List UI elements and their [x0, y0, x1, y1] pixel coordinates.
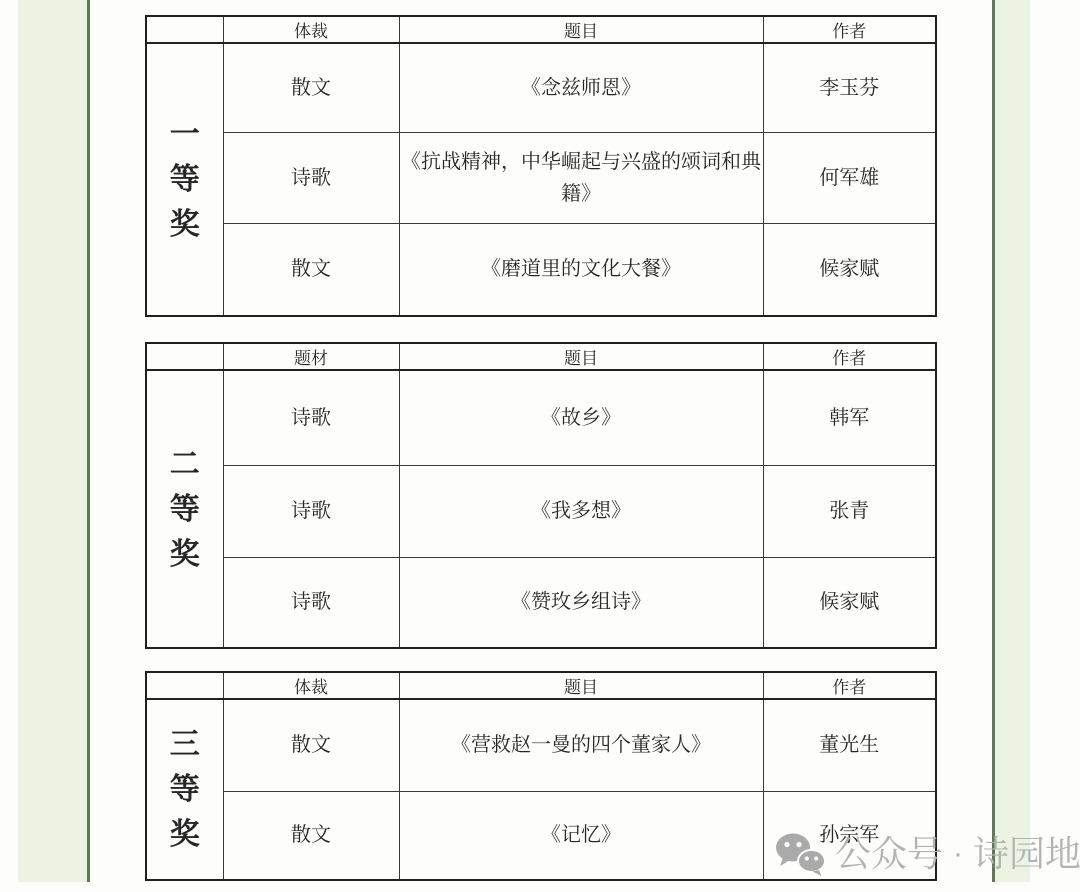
header-corner-cell: [146, 672, 223, 699]
header-corner-cell: [146, 16, 223, 43]
column-header: 体裁: [223, 672, 399, 699]
column-header: 体裁: [223, 16, 399, 43]
table-row: 三等奖散文《营救赵一曼的四个董家人》董光生: [146, 699, 936, 791]
author-cell: 候家赋: [763, 557, 936, 648]
award-tables-area: 体裁题目作者一等奖散文《念兹师恩》李玉芬诗歌《抗战精神，中华崛起与兴盛的颂词和典…: [145, 15, 935, 881]
wechat-icon: [773, 831, 827, 877]
watermark-separator: ·: [953, 839, 963, 869]
prize-label: 三等奖: [169, 722, 201, 857]
header-row: 体裁题目作者: [146, 16, 936, 43]
author-cell: 张青: [763, 465, 936, 557]
genre-cell: 散文: [223, 791, 399, 880]
genre-cell: 诗歌: [223, 132, 399, 223]
table-row: 一等奖散文《念兹师恩》李玉芬: [146, 43, 936, 132]
award-table-2: 题材题目作者二等奖诗歌《故乡》韩军诗歌《我多想》张青诗歌《赞玫乡组诗》候家赋: [145, 342, 937, 649]
page-edge-strip-right: [992, 0, 1030, 882]
table-row: 诗歌《我多想》张青: [146, 465, 936, 557]
title-cell: 《故乡》: [399, 370, 763, 465]
genre-cell: 诗歌: [223, 557, 399, 648]
table-row: 二等奖诗歌《故乡》韩军: [146, 370, 936, 465]
title-cell: 《抗战精神，中华崛起与兴盛的颂词和典籍》: [399, 132, 763, 223]
prize-label: 一等奖: [169, 112, 201, 247]
prize-cell: 一等奖: [146, 43, 223, 316]
prize-label: 二等奖: [169, 442, 201, 577]
title-cell: 《营救赵一曼的四个董家人》: [399, 699, 763, 791]
table-row: 诗歌《抗战精神，中华崛起与兴盛的颂词和典籍》何军雄: [146, 132, 936, 223]
column-header: 题目: [399, 672, 763, 699]
table-row: 诗歌《赞玫乡组诗》候家赋: [146, 557, 936, 648]
prize-cell: 三等奖: [146, 699, 223, 880]
title-cell: 《磨道里的文化大餐》: [399, 223, 763, 316]
watermark: 公众号 · 诗园地: [773, 831, 1080, 877]
column-header: 作者: [763, 16, 936, 43]
watermark-account-label: 公众号: [835, 836, 943, 872]
genre-cell: 散文: [223, 699, 399, 791]
header-row: 题材题目作者: [146, 343, 936, 370]
genre-cell: 诗歌: [223, 465, 399, 557]
author-cell: 李玉芬: [763, 43, 936, 132]
column-header: 作者: [763, 343, 936, 370]
page-edge-strip-left: [18, 0, 90, 882]
column-header: 题材: [223, 343, 399, 370]
header-row: 体裁题目作者: [146, 672, 936, 699]
column-header: 题目: [399, 16, 763, 43]
title-cell: 《念兹师恩》: [399, 43, 763, 132]
column-header: 题目: [399, 343, 763, 370]
genre-cell: 散文: [223, 43, 399, 132]
header-corner-cell: [146, 343, 223, 370]
author-cell: 韩军: [763, 370, 936, 465]
author-cell: 董光生: [763, 699, 936, 791]
table-row: 散文《磨道里的文化大餐》候家赋: [146, 223, 936, 316]
genre-cell: 散文: [223, 223, 399, 316]
title-cell: 《记忆》: [399, 791, 763, 880]
column-header: 作者: [763, 672, 936, 699]
title-cell: 《我多想》: [399, 465, 763, 557]
prize-cell: 二等奖: [146, 370, 223, 648]
watermark-brand-name: 诗园地: [973, 836, 1080, 872]
genre-cell: 诗歌: [223, 370, 399, 465]
author-cell: 候家赋: [763, 223, 936, 316]
author-cell: 何军雄: [763, 132, 936, 223]
award-table-1: 体裁题目作者一等奖散文《念兹师恩》李玉芬诗歌《抗战精神，中华崛起与兴盛的颂词和典…: [145, 15, 937, 317]
title-cell: 《赞玫乡组诗》: [399, 557, 763, 648]
